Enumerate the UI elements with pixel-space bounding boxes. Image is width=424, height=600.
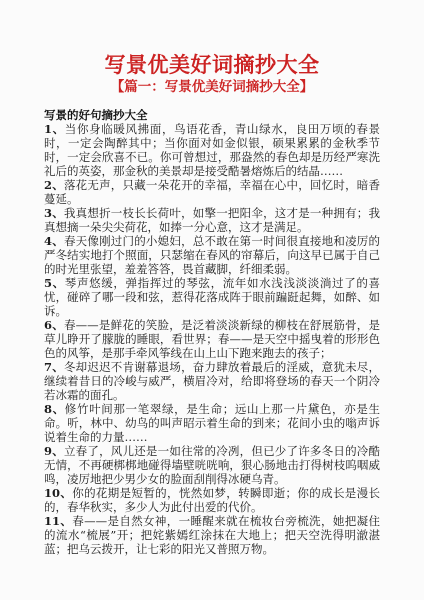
- page-subtitle: 【篇一：写景优美好词摘抄大全】: [44, 79, 380, 96]
- item-text: 我真想折一枝长长荷叶，如擎一把阳伞，这才是一种拥有；我真想摘一朵尖尖荷花，如捧一…: [44, 206, 380, 234]
- item-text: 修竹叶间那一笔翠绿，是生命；远山上那一片黛色，亦是生命。听，林中、幼鸟的叫声昭示…: [44, 402, 380, 444]
- body-heading: 写景的好句摘抄大全: [44, 108, 380, 122]
- list-item: 4、春天像刚过门的小媳妇，总不敢在第一时间很直接地和凌厉的严冬结实地打个照面，只…: [44, 234, 380, 276]
- list-item: 1、当你身临暖风拂面，鸟语花香，青山绿水，良田万顷的春景时，一定会陶醉其中；当你…: [44, 122, 380, 178]
- item-number: 3、: [44, 206, 64, 220]
- item-number: 5、: [44, 276, 65, 290]
- item-text: 落花无声，只藏一朵花开的幸福，幸福在心中，回忆时，暗香蔓延。: [44, 178, 380, 206]
- list-item: 11、春——是自然女神，一睡醒来就在梳妆台旁梳洗，她把凝住的流水“梳展”开；把姹…: [44, 514, 380, 556]
- item-text: 冬却迟迟不肯谢幕退场，奋力肆放着最后的淫威，意犹未尽，继续着昔日的冷峻与威严，横…: [44, 360, 380, 402]
- item-text: 当你身临暖风拂面，鸟语花香，青山绿水，良田万顷的春景时，一定会陶醉其中；当你面对…: [44, 122, 380, 178]
- list-item: 3、我真想折一枝长长荷叶，如擎一把阳伞，这才是一种拥有；我真想摘一朵尖尖荷花，如…: [44, 206, 380, 234]
- item-number: 6、: [44, 318, 64, 332]
- item-number: 11、: [44, 514, 72, 528]
- page-title: 写景优美好词摘抄大全: [44, 53, 380, 77]
- document-body: 写景的好句摘抄大全 1、当你身临暖风拂面，鸟语花香，青山绿水，良田万顷的春景时，…: [44, 108, 380, 556]
- item-text: 你的花期是短暂的，恍然如梦，转瞬即逝；你的成长是漫长的，春华秋实，多少人为此付出…: [44, 486, 380, 514]
- item-number: 2、: [44, 178, 64, 192]
- item-text: 春天像刚过门的小媳妇，总不敢在第一时间很直接地和凌厉的严冬结实地打个照面，只瑟缩…: [44, 234, 380, 276]
- item-number: 10、: [44, 486, 72, 500]
- item-text: 春——是自然女神，一睡醒来就在梳妆台旁梳洗，她把凝住的流水“梳展”开；把姹紫嫣红…: [44, 514, 380, 556]
- item-number: 4、: [44, 234, 64, 248]
- list-item: 5、琴声悠缓，弹指挥过的琴弦，流年如水浅浅淡淡淌过了的喜忧，碰碎了哪一段和弦，惹…: [44, 276, 380, 318]
- item-text: 琴声悠缓，弹指挥过的琴弦，流年如水浅浅淡淡淌过了的喜忧，碰碎了哪一段和弦，惹得花…: [44, 276, 380, 318]
- item-text: 立春了，风儿还是一如往常的冷冽，但已少了许多冬日的冷酷无情，不再硬梆梆地碰得墙壁…: [44, 444, 380, 486]
- item-number: 7、: [44, 360, 64, 374]
- document-page: 写景优美好词摘抄大全 【篇一：写景优美好词摘抄大全】 写景的好句摘抄大全 1、当…: [0, 0, 424, 600]
- item-number: 9、: [44, 444, 64, 458]
- list-item: 9、立春了，风儿还是一如往常的冷冽，但已少了许多冬日的冷酷无情，不再硬梆梆地碰得…: [44, 444, 380, 486]
- list-item: 6、春——是鲜花的笑脸，是泛着淡淡新绿的柳枝在舒展筋骨，是草儿睁开了朦胧的睡眼，…: [44, 318, 380, 360]
- list-item: 2、落花无声，只藏一朵花开的幸福，幸福在心中，回忆时，暗香蔓延。: [44, 178, 380, 206]
- item-number: 8、: [44, 402, 65, 416]
- item-number: 1、: [44, 122, 65, 136]
- list-item: 8、修竹叶间那一笔翠绿，是生命；远山上那一片黛色，亦是生命。听，林中、幼鸟的叫声…: [44, 402, 380, 444]
- list-item: 10、你的花期是短暂的，恍然如梦，转瞬即逝；你的成长是漫长的，春华秋实，多少人为…: [44, 486, 380, 514]
- item-text: 春——是鲜花的笑脸，是泛着淡淡新绿的柳枝在舒展筋骨，是草儿睁开了朦胧的睡眼，看世…: [44, 318, 380, 360]
- list-item: 7、冬却迟迟不肯谢幕退场，奋力肆放着最后的淫威，意犹未尽，继续着昔日的冷峻与威严…: [44, 360, 380, 402]
